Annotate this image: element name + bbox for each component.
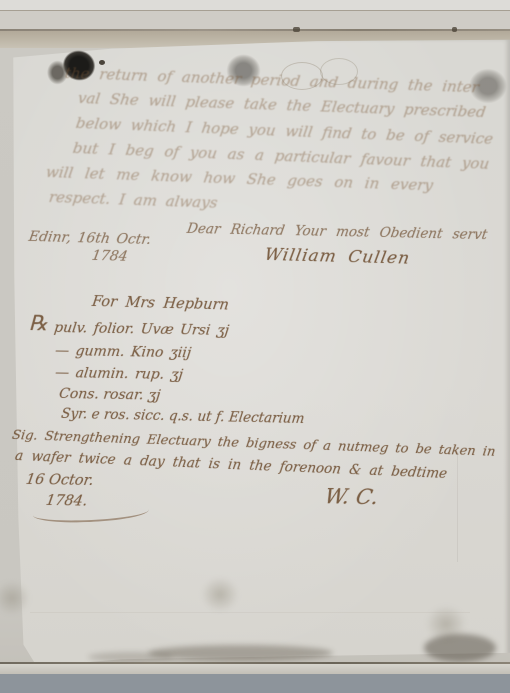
paper-fold (457, 452, 458, 562)
prescription-line: pulv. folior. Uvæ Ursi ʒj (53, 321, 230, 338)
page-bottom-edge (0, 664, 510, 674)
crease-mark (452, 27, 457, 32)
crease-mark (293, 27, 300, 32)
initials: W. C. (323, 486, 380, 508)
paper-fold (30, 612, 470, 613)
prescription-heading: For Mrs Hepburn (91, 295, 230, 313)
manuscript-photo: the return of another period and during … (0, 0, 510, 693)
rx-symbol: ℞ (29, 313, 48, 334)
edge-smudge (424, 634, 496, 662)
dateline-year: 1784 (91, 249, 129, 264)
prescription-line: — gumm. Kino ʒiij (54, 344, 192, 360)
page-top-edge (0, 0, 510, 11)
signature: William Cullen (263, 247, 411, 268)
paper-stain (195, 571, 245, 618)
edge-smudge (88, 652, 173, 662)
prescription-date: 16 Octor. (25, 473, 95, 489)
prescription-line: — alumin. rup. ʒj (54, 366, 183, 382)
prescription-line: Cons. rosar. ʒj (58, 387, 161, 403)
page-top-band (0, 11, 510, 29)
place-dateline: Edinr, 16th Octr. (28, 230, 152, 247)
edge-smudge (148, 645, 333, 661)
